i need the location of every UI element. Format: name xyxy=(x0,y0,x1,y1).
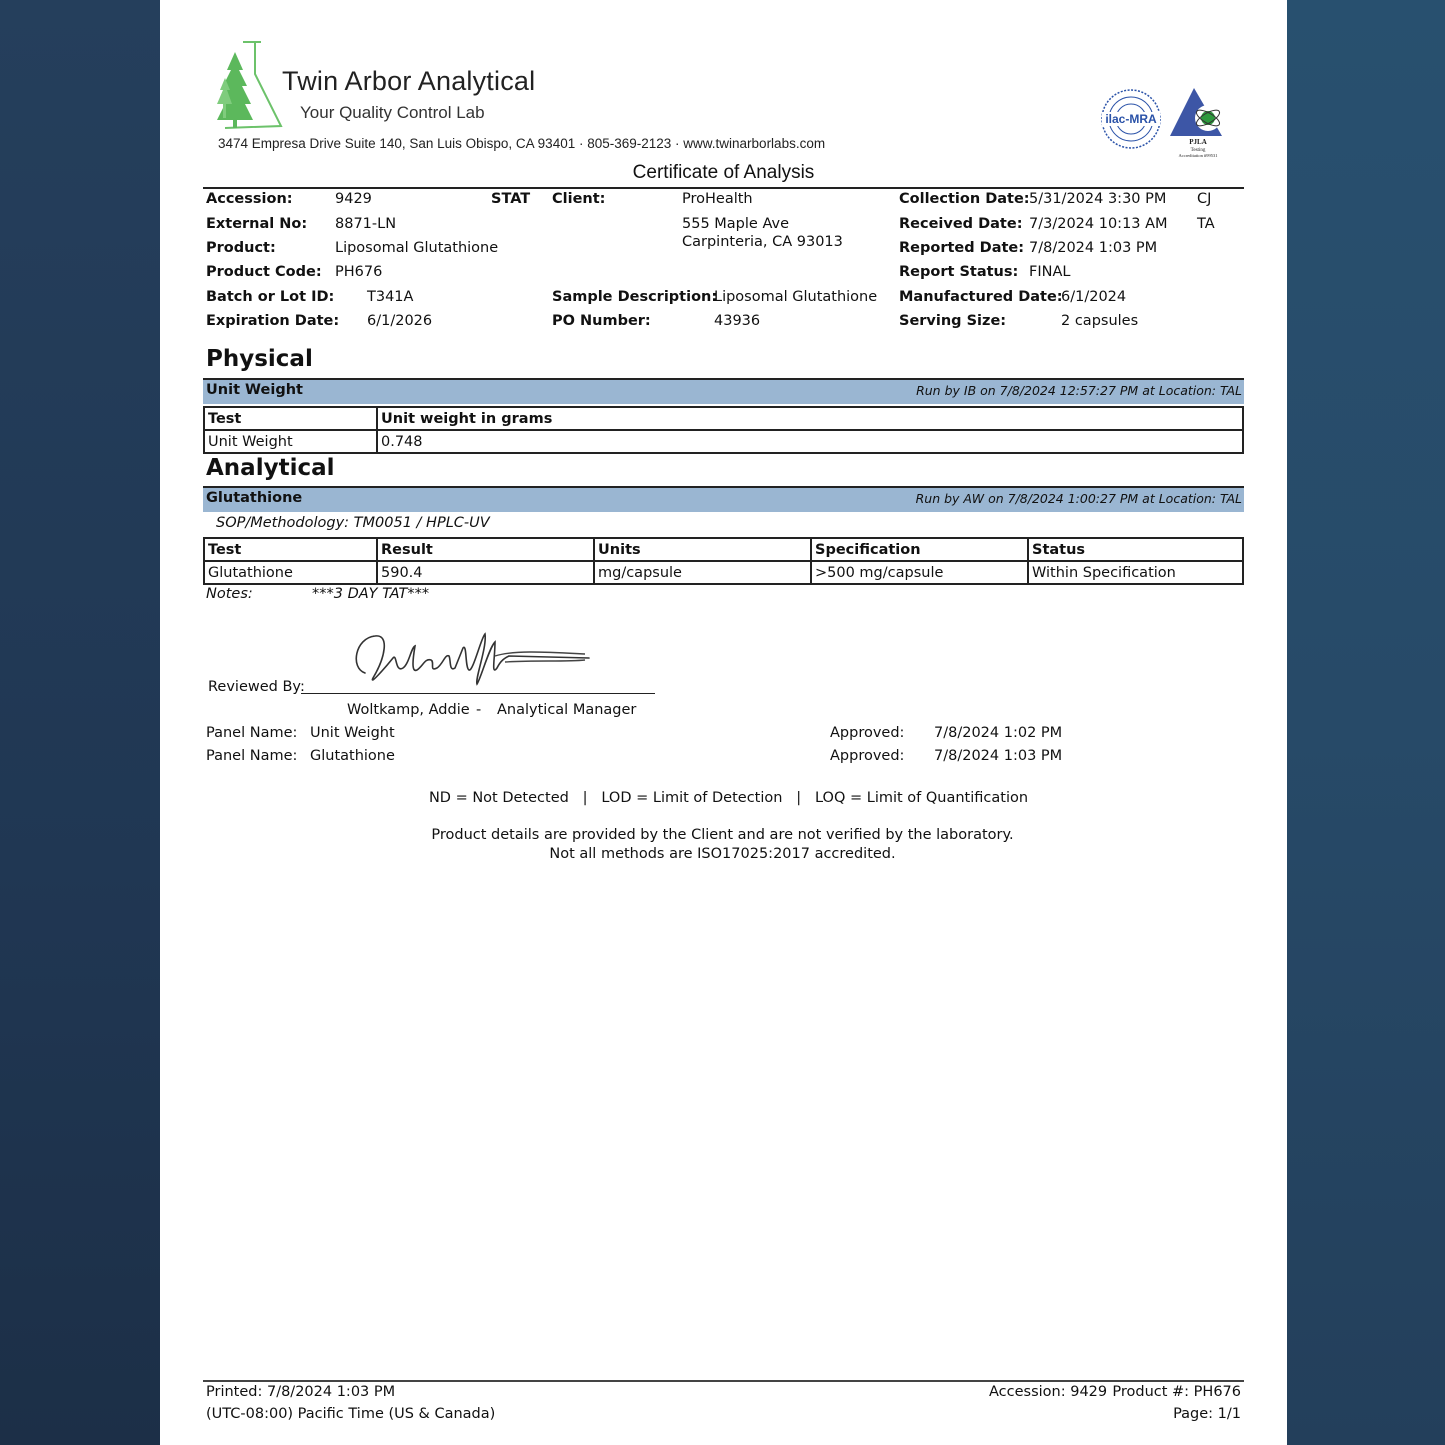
timezone: (UTC-08:00) Pacific Time (US & Canada) xyxy=(206,1406,495,1422)
panel-name-value: Unit Weight xyxy=(310,725,395,741)
unit-weight-table: Test Unit weight in grams Unit Weight 0.… xyxy=(203,406,1244,454)
column-header: Units xyxy=(594,538,811,561)
report-status-value: FINAL xyxy=(1029,264,1070,280)
received-date-value: 7/3/2024 10:13 AM xyxy=(1029,216,1168,232)
table-cell: 590.4 xyxy=(377,561,594,584)
panel-title: Glutathione xyxy=(206,490,302,506)
run-info: Run by AW on 7/8/2024 1:00:27 PM at Loca… xyxy=(916,491,1242,506)
methodology-line: SOP/Methodology: TM0051 / HPLC-UV xyxy=(216,515,490,531)
abbreviation-legend: ND = Not Detected | LOD = Limit of Detec… xyxy=(160,790,1297,806)
svg-text:PJLA: PJLA xyxy=(1189,138,1207,146)
client-label: Client: xyxy=(552,191,605,207)
certificate-page: Twin Arbor Analytical Your Quality Contr… xyxy=(160,0,1287,1445)
product-code-label: Product Code: xyxy=(206,264,322,280)
reviewed-by-label: Reviewed By: xyxy=(208,679,305,695)
printed-timestamp: Printed: 7/8/2024 1:03 PM xyxy=(206,1384,395,1400)
column-header: Test xyxy=(204,407,377,430)
external-no-value: 8871-LN xyxy=(335,216,396,232)
analytical-section-title: Analytical xyxy=(206,455,335,481)
table-row: Unit Weight 0.748 xyxy=(204,430,1243,453)
ilac-mra-logo-icon: ilac-MRA xyxy=(1100,88,1162,150)
column-header: Result xyxy=(377,538,594,561)
batch-lot-value: T341A xyxy=(367,289,413,305)
reviewer-name: Woltkamp, Addie xyxy=(347,702,470,718)
expiration-date-label: Expiration Date: xyxy=(206,313,339,329)
disclaimer-line1: Product details are provided by the Clie… xyxy=(160,827,1285,843)
client-name: ProHealth xyxy=(682,191,753,207)
notes-label: Notes: xyxy=(206,586,253,602)
batch-lot-label: Batch or Lot ID: xyxy=(206,289,334,305)
footer-product-number: Product #: PH676 xyxy=(1112,1384,1241,1400)
flask-tree-logo-icon xyxy=(215,38,285,133)
lab-name: Twin Arbor Analytical xyxy=(282,66,535,97)
stat-flag: STAT xyxy=(491,191,530,207)
column-header: Unit weight in grams xyxy=(377,407,1243,430)
svg-text:Accreditation #99531: Accreditation #99531 xyxy=(1178,153,1217,158)
physical-section-title: Physical xyxy=(206,346,313,372)
signature-line xyxy=(301,693,655,694)
panel-name-label: Panel Name: xyxy=(206,725,297,741)
client-address-line2: Carpinteria, CA 93013 xyxy=(682,234,843,250)
panel-name-label: Panel Name: xyxy=(206,748,297,764)
column-header: Status xyxy=(1028,538,1243,561)
client-address-line1: 555 Maple Ave xyxy=(682,216,789,232)
notes-value: ***3 DAY TAT*** xyxy=(312,586,429,602)
sample-description-label: Sample Description: xyxy=(552,289,717,305)
background-right xyxy=(1287,0,1445,1445)
table-header-row: Test Result Units Specification Status xyxy=(204,538,1243,561)
table-cell: Unit Weight xyxy=(204,430,377,453)
collection-date-label: Collection Date: xyxy=(899,191,1030,207)
background-left xyxy=(0,0,160,1445)
table-row: Glutathione 590.4 mg/capsule >500 mg/cap… xyxy=(204,561,1243,584)
reported-date-value: 7/8/2024 1:03 PM xyxy=(1029,240,1157,256)
footer-accession: Accession: 9429 xyxy=(989,1384,1107,1400)
disclaimer-line2: Not all methods are ISO17025:2017 accred… xyxy=(160,846,1285,862)
lab-tagline: Your Quality Control Lab xyxy=(300,103,485,123)
panel-name-value: Glutathione xyxy=(310,748,395,764)
manufactured-date-value: 6/1/2024 xyxy=(1061,289,1126,305)
accession-value: 9429 xyxy=(335,191,372,207)
product-value: Liposomal Glutathione xyxy=(335,240,498,256)
panel-title: Unit Weight xyxy=(206,382,303,398)
document-title: Certificate of Analysis xyxy=(160,162,1287,184)
approved-value: 7/8/2024 1:02 PM xyxy=(934,725,1062,741)
manufactured-date-label: Manufactured Date: xyxy=(899,289,1063,305)
svg-text:ilac-MRA: ilac-MRA xyxy=(1105,112,1157,126)
sample-description-value: Liposomal Glutathione xyxy=(714,289,877,305)
unit-weight-panel-header: Unit Weight Run by IB on 7/8/2024 12:57:… xyxy=(203,378,1244,404)
glutathione-panel-header: Glutathione Run by AW on 7/8/2024 1:00:2… xyxy=(203,486,1244,512)
reviewer-separator: - xyxy=(476,702,481,718)
signature-icon xyxy=(345,628,595,693)
approved-label: Approved: xyxy=(830,748,904,764)
status-cell: Within Specification xyxy=(1028,561,1243,584)
received-date-label: Received Date: xyxy=(899,216,1023,232)
table-cell: >500 mg/capsule xyxy=(811,561,1028,584)
table-header-row: Test Unit weight in grams xyxy=(204,407,1243,430)
table-cell: mg/capsule xyxy=(594,561,811,584)
po-number-value: 43936 xyxy=(714,313,760,329)
reported-date-label: Reported Date: xyxy=(899,240,1024,256)
external-no-label: External No: xyxy=(206,216,307,232)
column-header: Test xyxy=(204,538,377,561)
lab-address: 3474 Empresa Drive Suite 140, San Luis O… xyxy=(218,136,825,151)
table-cell: Glutathione xyxy=(204,561,377,584)
collection-initials: CJ xyxy=(1197,191,1211,207)
page-number: Page: 1/1 xyxy=(1173,1406,1241,1422)
accession-label: Accession: xyxy=(206,191,293,207)
serving-size-value: 2 capsules xyxy=(1061,313,1138,329)
po-number-label: PO Number: xyxy=(552,313,651,329)
product-label: Product: xyxy=(206,240,276,256)
footer-divider xyxy=(203,1380,1244,1382)
approved-label: Approved: xyxy=(830,725,904,741)
collection-date-value: 5/31/2024 3:30 PM xyxy=(1029,191,1166,207)
run-info: Run by IB on 7/8/2024 12:57:27 PM at Loc… xyxy=(916,383,1242,398)
serving-size-label: Serving Size: xyxy=(899,313,1006,329)
table-cell: 0.748 xyxy=(377,430,1243,453)
product-code-value: PH676 xyxy=(335,264,382,280)
reviewer-title: Analytical Manager xyxy=(497,702,636,718)
header-divider xyxy=(203,187,1244,189)
pjla-logo-icon: PJLA Testing Accreditation #99531 xyxy=(1168,86,1230,160)
received-initials: TA xyxy=(1197,216,1215,232)
approved-value: 7/8/2024 1:03 PM xyxy=(934,748,1062,764)
report-status-label: Report Status: xyxy=(899,264,1018,280)
column-header: Specification xyxy=(811,538,1028,561)
glutathione-results-table: Test Result Units Specification Status G… xyxy=(203,537,1244,585)
expiration-date-value: 6/1/2026 xyxy=(367,313,432,329)
